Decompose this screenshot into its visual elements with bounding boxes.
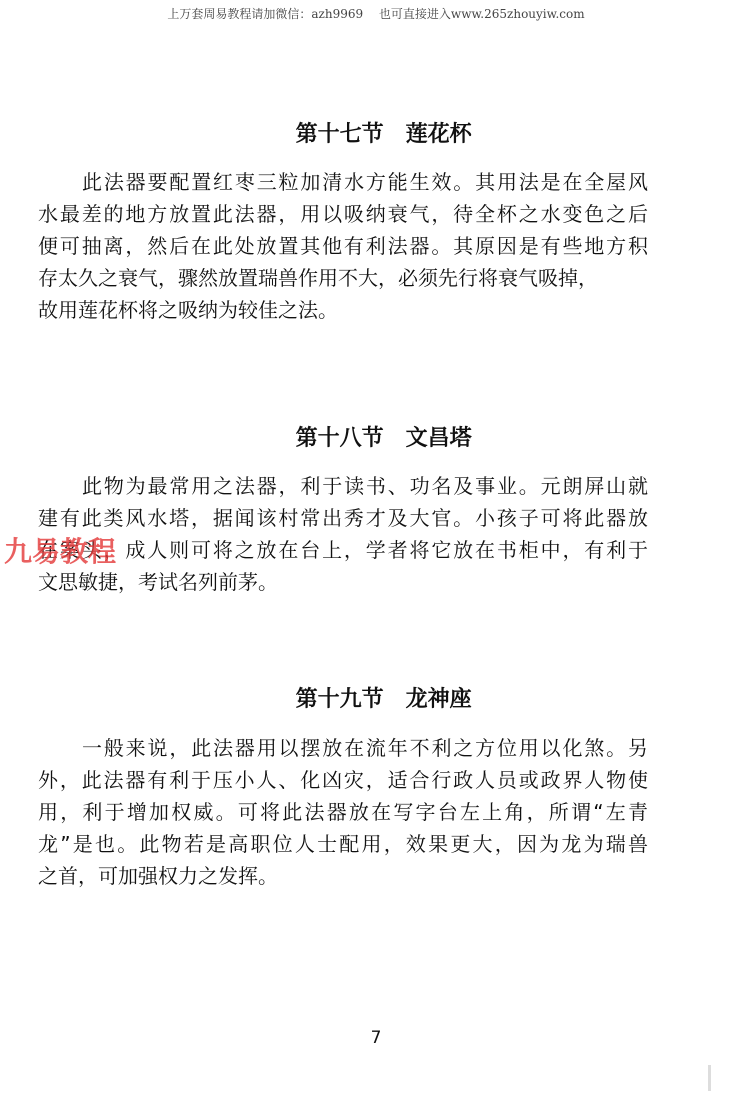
paragraph-line: 一般来说，此法器用以摆放在流年不利之方位用以化煞。另 [38, 732, 648, 764]
section-18-paragraph: 此物为最常用之法器，利于读书、功名及事业。元朗屏山就 建有此类风水塔，据闻该村常… [38, 470, 648, 598]
paragraph-line: 外，此法器有利于压小人、化凶灾，适合行政人员或政界人物使 [38, 764, 648, 796]
header-banner: 上万套周易教程请加微信：azh9969 也可直接进入www.265zhouyiw… [0, 5, 752, 22]
section-17-paragraph: 此法器要配置红枣三粒加清水方能生效。其用法是在全屋风 水最差的地方放置此法器，用… [38, 166, 648, 326]
section-name: 文昌塔 [406, 426, 472, 451]
paragraph-line: 建有此类风水塔，据闻该村常出秀才及大官。小孩子可将此器放 [38, 502, 648, 534]
section-19-paragraph: 一般来说，此法器用以摆放在流年不利之方位用以化煞。另 外，此法器有利于压小人、化… [38, 732, 648, 892]
paragraph-line: 之首，可加强权力之发挥。 [38, 860, 648, 892]
paragraph-line: 存太久之衰气，骤然放置瑞兽作用不大，必须先行将衰气吸掉， [38, 262, 648, 294]
paragraph-line: 文思敏捷，考试名列前茅。 [38, 566, 648, 598]
watermark: 九易教程 [4, 530, 116, 570]
section-number: 第十九节 [296, 687, 384, 712]
paragraph-line: 故用莲花杯将之吸纳为较佳之法。 [38, 294, 648, 326]
paragraph-line: 水最差的地方放置此法器，用以吸纳衰气，待全杯之水变色之后 [38, 198, 648, 230]
paragraph-line: 便可抽离，然后在此处放置其他有利法器。其原因是有些地方积 [38, 230, 648, 262]
scan-artifact [708, 1065, 711, 1091]
paragraph-line: 龙”是也。此物若是高职位人士配用，效果更大，因为龙为瑞兽 [38, 828, 648, 860]
section-title-18: 第十八节文昌塔 [0, 396, 752, 452]
section-number: 第十八节 [296, 426, 384, 451]
section-number: 第十七节 [296, 122, 384, 147]
section-title-17: 第十七节莲花杯 [0, 92, 752, 148]
paragraph-line: 此物为最常用之法器，利于读书、功名及事业。元朗屏山就 [38, 470, 648, 502]
section-name: 莲花杯 [406, 122, 472, 147]
paragraph-line: 用，利于增加权威。可将此法器放在写字台左上角，所谓“左青 [38, 796, 648, 828]
section-title-19: 第十九节龙神座 [0, 657, 752, 713]
page-number: 7 [0, 1028, 752, 1048]
section-name: 龙神座 [406, 687, 472, 712]
paragraph-line: 在案头，成人则可将之放在台上，学者将它放在书柜中，有利于 [38, 534, 648, 566]
paragraph-line: 此法器要配置红枣三粒加清水方能生效。其用法是在全屋风 [38, 166, 648, 198]
